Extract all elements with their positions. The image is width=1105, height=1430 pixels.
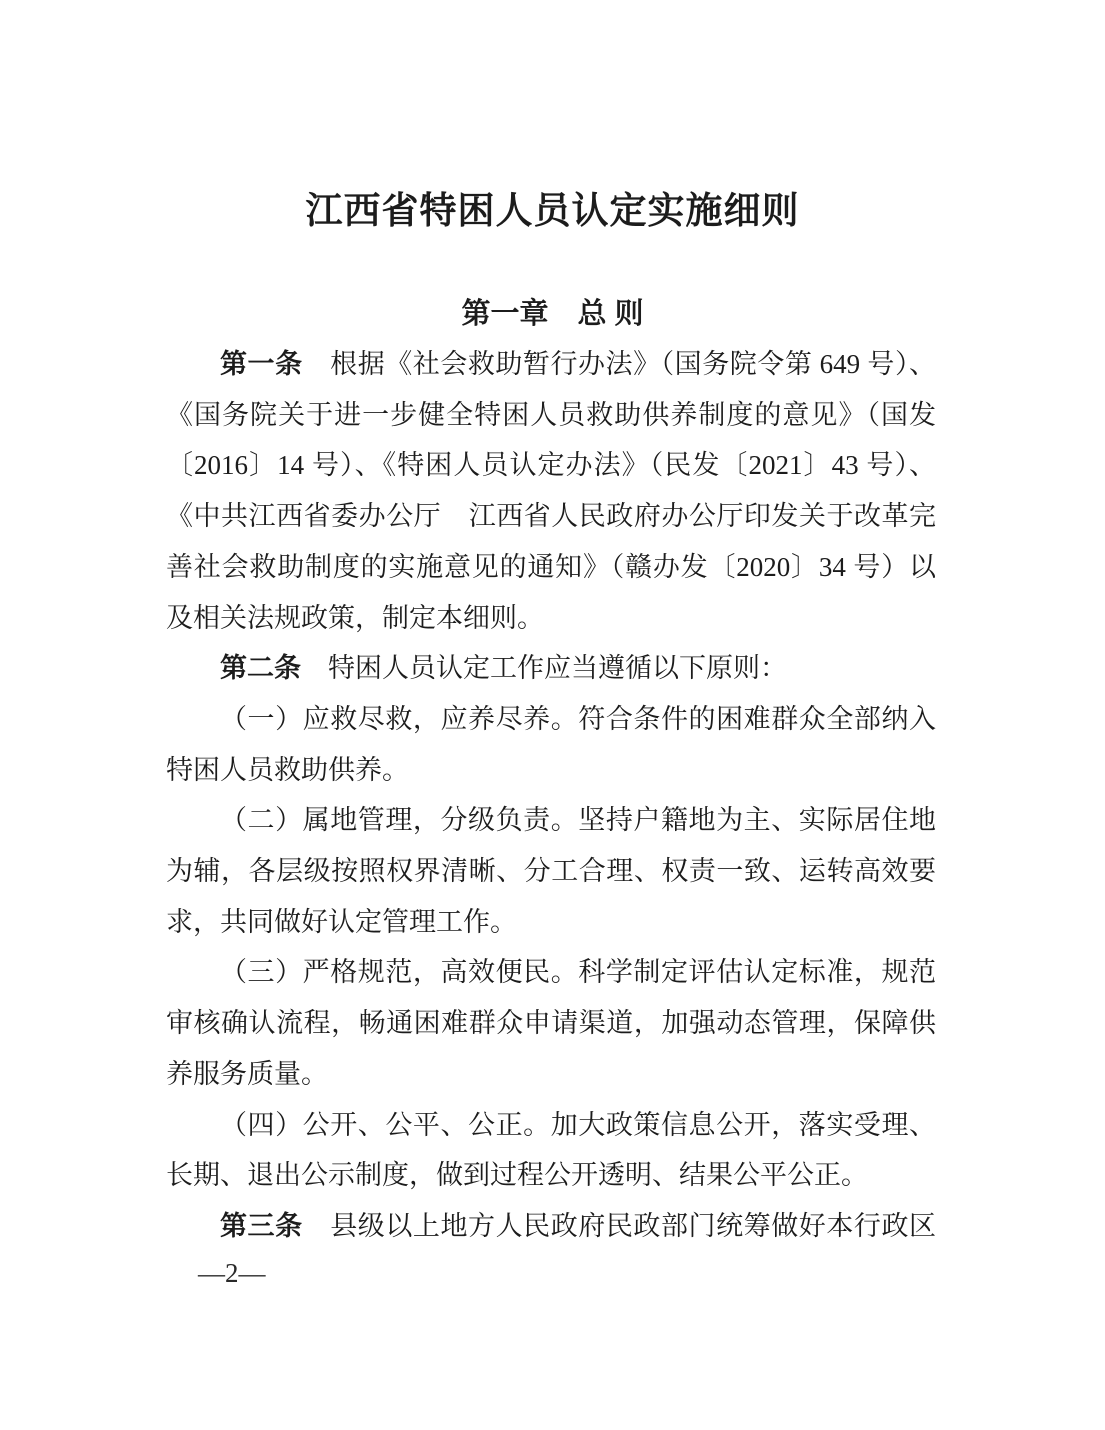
body-line: （四）公开、公平、公正。加大政策信息公开，落实受理、 [166, 1100, 936, 1151]
body-line-text: 及相关法规政策，制定本细则。 [166, 603, 544, 633]
page-number: —2— [198, 1256, 266, 1290]
body-line-text: 特困人员救助供养。 [166, 755, 409, 785]
body-line-text: （二）属地管理，分级负责。坚持户籍地为主、实际居住地 [220, 805, 936, 835]
article-number: 第二条 [220, 653, 301, 683]
body-line: 第二条 特困人员认定工作应当遵循以下原则： [166, 643, 936, 694]
body-line: 养服务质量。 [166, 1049, 936, 1100]
body-line: 《国务院关于进一步健全特困人员救助供养制度的意见》（国发 [166, 390, 936, 441]
body-line: 特困人员救助供养。 [166, 745, 936, 796]
body-line: 长期、退出公示制度，做到过程公开透明、结果公平公正。 [166, 1150, 936, 1201]
body-line-text: 根据《社会救助暂行办法》（国务院令第 649 号）、 [303, 349, 936, 379]
body-line: 及相关法规政策，制定本细则。 [166, 593, 936, 644]
body-line-text: 《中共江西省委办公厅 江西省人民政府办公厅印发关于改革完 [166, 501, 936, 531]
body-line: 为辅，各层级按照权界清晰、分工合理、权责一致、运转高效要 [166, 846, 936, 897]
body-line-text: 为辅，各层级按照权界清晰、分工合理、权责一致、运转高效要 [166, 856, 936, 886]
body-line-text: 审核确认流程，畅通困难群众申请渠道，加强动态管理，保障供 [166, 1008, 936, 1038]
article-number: 第三条 [220, 1211, 303, 1241]
body-line: （三）严格规范，高效便民。科学制定评估认定标准，规范 [166, 947, 936, 998]
body-line-text: （四）公开、公平、公正。加大政策信息公开，落实受理、 [220, 1110, 936, 1140]
body-line-text: （三）严格规范，高效便民。科学制定评估认定标准，规范 [220, 957, 936, 987]
body-line-text: 长期、退出公示制度，做到过程公开透明、结果公平公正。 [166, 1160, 868, 1190]
body-line: 第三条 县级以上地方人民政府民政部门统筹做好本行政区 [166, 1201, 936, 1252]
body-line-text: （一）应救尽救，应养尽养。符合条件的困难群众全部纳入 [220, 704, 936, 734]
body-line: 第一条 根据《社会救助暂行办法》（国务院令第 649 号）、 [166, 339, 936, 390]
body-line-text: 特困人员认定工作应当遵循以下原则： [301, 653, 787, 683]
article-number: 第一条 [220, 349, 303, 379]
body-line-text: 善社会救助制度的实施意见的通知》（赣办发〔2020〕34 号）以 [166, 552, 936, 582]
body-line: 审核确认流程，畅通困难群众申请渠道，加强动态管理，保障供 [166, 998, 936, 1049]
body-line: （一）应救尽救，应养尽养。符合条件的困难群众全部纳入 [166, 694, 936, 745]
document-page: 江西省特困人员认定实施细则 第一章 总 则 第一条 根据《社会救助暂行办法》（国… [0, 0, 1105, 1430]
body-line: 《中共江西省委办公厅 江西省人民政府办公厅印发关于改革完 [166, 491, 936, 542]
body-line-text: 县级以上地方人民政府民政部门统筹做好本行政区 [303, 1211, 936, 1241]
body-line: 求，共同做好认定管理工作。 [166, 897, 936, 948]
body-line: 〔2016〕14 号）、《特困人员认定办法》（民发〔2021〕43 号）、 [166, 440, 936, 491]
body-line: （二）属地管理，分级负责。坚持户籍地为主、实际居住地 [166, 795, 936, 846]
body-line-text: 《国务院关于进一步健全特困人员救助供养制度的意见》（国发 [166, 400, 936, 430]
body-line-text: 求，共同做好认定管理工作。 [166, 907, 517, 937]
document-body: 第一条 根据《社会救助暂行办法》（国务院令第 649 号）、《国务院关于进一步健… [166, 339, 936, 1252]
body-line-text: 养服务质量。 [166, 1059, 328, 1089]
body-line: 善社会救助制度的实施意见的通知》（赣办发〔2020〕34 号）以 [166, 542, 936, 593]
chapter-heading: 第一章 总 则 [0, 291, 1105, 332]
body-line-text: 〔2016〕14 号）、《特困人员认定办法》（民发〔2021〕43 号）、 [166, 450, 936, 480]
document-title: 江西省特困人员认定实施细则 [0, 180, 1105, 234]
